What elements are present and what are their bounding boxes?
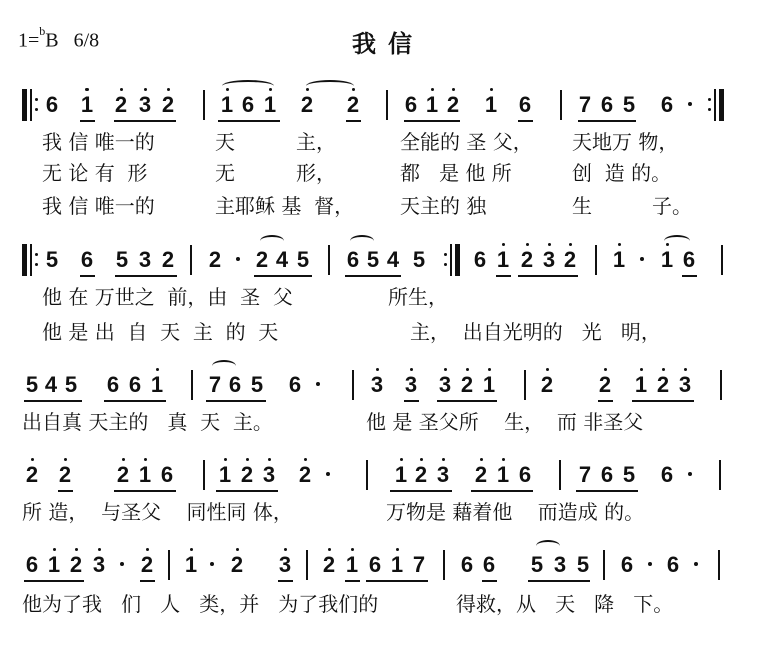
note: 1 <box>345 552 359 578</box>
bar-line <box>559 460 561 490</box>
note: 4 <box>386 247 400 273</box>
score-line-1: 6 1 2 3 2 1 6 1 2 2 6 1 2 1 6 7 6 5 6 <box>0 92 760 132</box>
note: 6 <box>404 92 418 118</box>
key-note: B <box>45 30 58 52</box>
note: 1 <box>263 92 277 118</box>
bar-line <box>595 245 597 275</box>
slur <box>212 360 236 372</box>
slur <box>260 235 284 247</box>
note: 3 <box>436 462 450 488</box>
note: 5 <box>576 552 590 578</box>
dot-extension <box>120 562 124 566</box>
note: 6 <box>460 552 474 578</box>
song-title: 我信 <box>352 24 424 59</box>
note: 2 <box>563 247 577 273</box>
note: 1 <box>138 462 152 488</box>
dot-extension <box>316 382 320 386</box>
bar-line <box>603 550 605 580</box>
lyric: 子。 <box>652 194 692 218</box>
note: 2 <box>240 462 254 488</box>
lyric: 万物是 藉着他 而造成 的。 <box>386 500 644 524</box>
note: 2 <box>114 92 128 118</box>
slur <box>306 80 354 92</box>
note: 6 <box>600 462 614 488</box>
note: 1 <box>80 92 94 118</box>
note: 6 <box>600 92 614 118</box>
lyric: 主， 出自光明的 光 明， <box>410 320 661 344</box>
note: 6 <box>660 462 674 488</box>
note: 6 <box>518 462 532 488</box>
note: 2 <box>474 462 488 488</box>
score-line-5: 6 1 2 3 2 1 2 3 2 1 6 1 7 6 6 5 3 5 6 6 <box>0 552 760 592</box>
bar-line <box>386 90 388 120</box>
note: 1 <box>612 247 626 273</box>
lyric: 无 论 有 形 <box>42 161 147 185</box>
slur <box>350 235 374 247</box>
bar-line <box>443 550 445 580</box>
note: 6 <box>518 92 532 118</box>
note: 6 <box>241 92 255 118</box>
note: 1 <box>220 92 234 118</box>
note: 7 <box>578 92 592 118</box>
lyric: 天地万 物， <box>572 130 678 154</box>
score-line-4: 2 2 2 1 6 1 2 3 2 1 2 3 2 1 6 7 6 5 6 <box>0 462 760 502</box>
note: 7 <box>412 552 426 578</box>
lyric: 得救，从 天 降 下。 <box>456 592 673 616</box>
lyric: 我 信 唯一的 <box>42 130 155 154</box>
slur <box>222 80 274 92</box>
lyric: 全能的 圣 父， <box>400 130 533 154</box>
note: 2 <box>656 372 670 398</box>
note: 3 <box>278 552 292 578</box>
note: 1 <box>184 552 198 578</box>
lyric: 所 造， 与圣父 同性同 体， <box>22 500 293 524</box>
bar-line <box>719 460 721 490</box>
note: 6 <box>346 247 360 273</box>
note: 3 <box>553 552 567 578</box>
note: 6 <box>45 92 59 118</box>
note: 3 <box>92 552 106 578</box>
note: 5 <box>250 372 264 398</box>
note: 1 <box>394 462 408 488</box>
bar-line <box>191 370 193 400</box>
note: 2 <box>298 462 312 488</box>
note: 1 <box>496 247 510 273</box>
lyric: 天主的 独 <box>400 194 486 218</box>
note: 6 <box>25 552 39 578</box>
note: 6 <box>288 372 302 398</box>
lyric: 他 在 万世之 前，由 圣 父 <box>42 285 293 309</box>
note: 4 <box>275 247 289 273</box>
note: 2 <box>161 247 175 273</box>
note: 2 <box>322 552 336 578</box>
note: 3 <box>262 462 276 488</box>
note: 1 <box>425 92 439 118</box>
note: 2 <box>520 247 534 273</box>
dot-extension <box>210 562 214 566</box>
slur <box>536 540 560 552</box>
bar-line <box>366 460 368 490</box>
lyric: 我 信 唯一的 <box>42 194 155 218</box>
note: 2 <box>460 372 474 398</box>
bar-line <box>168 550 170 580</box>
note: 2 <box>161 92 175 118</box>
note: 3 <box>542 247 556 273</box>
note: 7 <box>208 372 222 398</box>
note: 5 <box>115 247 129 273</box>
dot-extension <box>640 257 644 261</box>
bar-line <box>524 370 526 400</box>
note: 5 <box>296 247 310 273</box>
dot-extension <box>688 102 692 106</box>
note: 7 <box>578 462 592 488</box>
score-line-2: 5 6 5 3 2 2 2 4 5 6 5 4 5 6 1 2 3 2 1 1 … <box>0 247 760 287</box>
lyric: 他 是 出 自 天 主 的 天 <box>42 320 278 344</box>
note: 2 <box>25 462 39 488</box>
note: 3 <box>438 372 452 398</box>
bar-line <box>720 370 722 400</box>
score-line-3: 5 4 5 6 6 1 7 6 5 6 3 3 3 2 1 2 2 1 2 3 <box>0 372 760 412</box>
note: 2 <box>208 247 222 273</box>
note: 6 <box>482 552 496 578</box>
note: 3 <box>404 372 418 398</box>
time-signature: 6/8 <box>74 30 100 52</box>
bar-line <box>721 245 723 275</box>
note: 2 <box>140 552 154 578</box>
note: 6 <box>666 552 680 578</box>
note: 2 <box>58 462 72 488</box>
note: 3 <box>370 372 384 398</box>
note: 3 <box>138 247 152 273</box>
note: 6 <box>106 372 120 398</box>
key-label: 1= <box>18 30 39 52</box>
note: 5 <box>45 247 59 273</box>
dot-extension <box>694 562 698 566</box>
note: 5 <box>412 247 426 273</box>
dot-extension <box>688 472 692 476</box>
dot-extension <box>236 257 240 261</box>
bar-line <box>203 460 205 490</box>
dot-extension <box>648 562 652 566</box>
note: 5 <box>622 92 636 118</box>
note: 2 <box>230 552 244 578</box>
bar-line <box>718 550 720 580</box>
key-signature: 1=bB 6/8 <box>18 28 99 53</box>
lyric: 他为了我 们 人 类，并 为了我们的 <box>22 592 378 616</box>
note: 1 <box>150 372 164 398</box>
bar-line <box>203 90 205 120</box>
note: 3 <box>138 92 152 118</box>
lyric: 出自真 天主的 真 天 主。 <box>22 410 273 434</box>
note: 1 <box>634 372 648 398</box>
note: 2 <box>255 247 269 273</box>
bar-line <box>190 245 192 275</box>
note: 2 <box>446 92 460 118</box>
note: 4 <box>44 372 58 398</box>
lyric: 天 <box>215 130 235 154</box>
note: 1 <box>482 372 496 398</box>
lyric: 主， <box>296 130 336 154</box>
note: 5 <box>530 552 544 578</box>
note: 1 <box>496 462 510 488</box>
note: 1 <box>47 552 61 578</box>
lyric: 形， <box>296 161 336 185</box>
note: 6 <box>660 92 674 118</box>
flat-sign: b <box>39 24 45 38</box>
note: 2 <box>346 92 360 118</box>
lyric: 无 <box>215 161 235 185</box>
bar-line <box>306 550 308 580</box>
note: 5 <box>64 372 78 398</box>
bar-line <box>560 90 562 120</box>
note: 5 <box>622 462 636 488</box>
lyric: 创 造 的。 <box>572 161 671 185</box>
lyric: 主耶稣 基 督， <box>215 194 354 218</box>
note: 1 <box>484 92 498 118</box>
note: 1 <box>218 462 232 488</box>
note: 6 <box>80 247 94 273</box>
note: 2 <box>414 462 428 488</box>
note: 1 <box>660 247 674 273</box>
note: 2 <box>598 372 612 398</box>
note: 6 <box>682 247 696 273</box>
note: 6 <box>620 552 634 578</box>
lyric: 都 是 他 所 <box>400 161 512 185</box>
dot-extension <box>326 472 330 476</box>
bar-line <box>352 370 354 400</box>
lyric: 他 是 圣父所 生， 而 非圣父 <box>366 410 643 434</box>
note: 3 <box>678 372 692 398</box>
note: 6 <box>160 462 174 488</box>
note: 5 <box>25 372 39 398</box>
bar-line <box>328 245 330 275</box>
note: 6 <box>473 247 487 273</box>
note: 2 <box>300 92 314 118</box>
note: 2 <box>540 372 554 398</box>
note: 6 <box>368 552 382 578</box>
note: 2 <box>69 552 83 578</box>
note: 6 <box>228 372 242 398</box>
note: 5 <box>366 247 380 273</box>
note: 6 <box>128 372 142 398</box>
note: 1 <box>390 552 404 578</box>
note: 2 <box>116 462 130 488</box>
lyric: 生 <box>572 194 592 218</box>
lyric: 所生， <box>388 285 448 309</box>
